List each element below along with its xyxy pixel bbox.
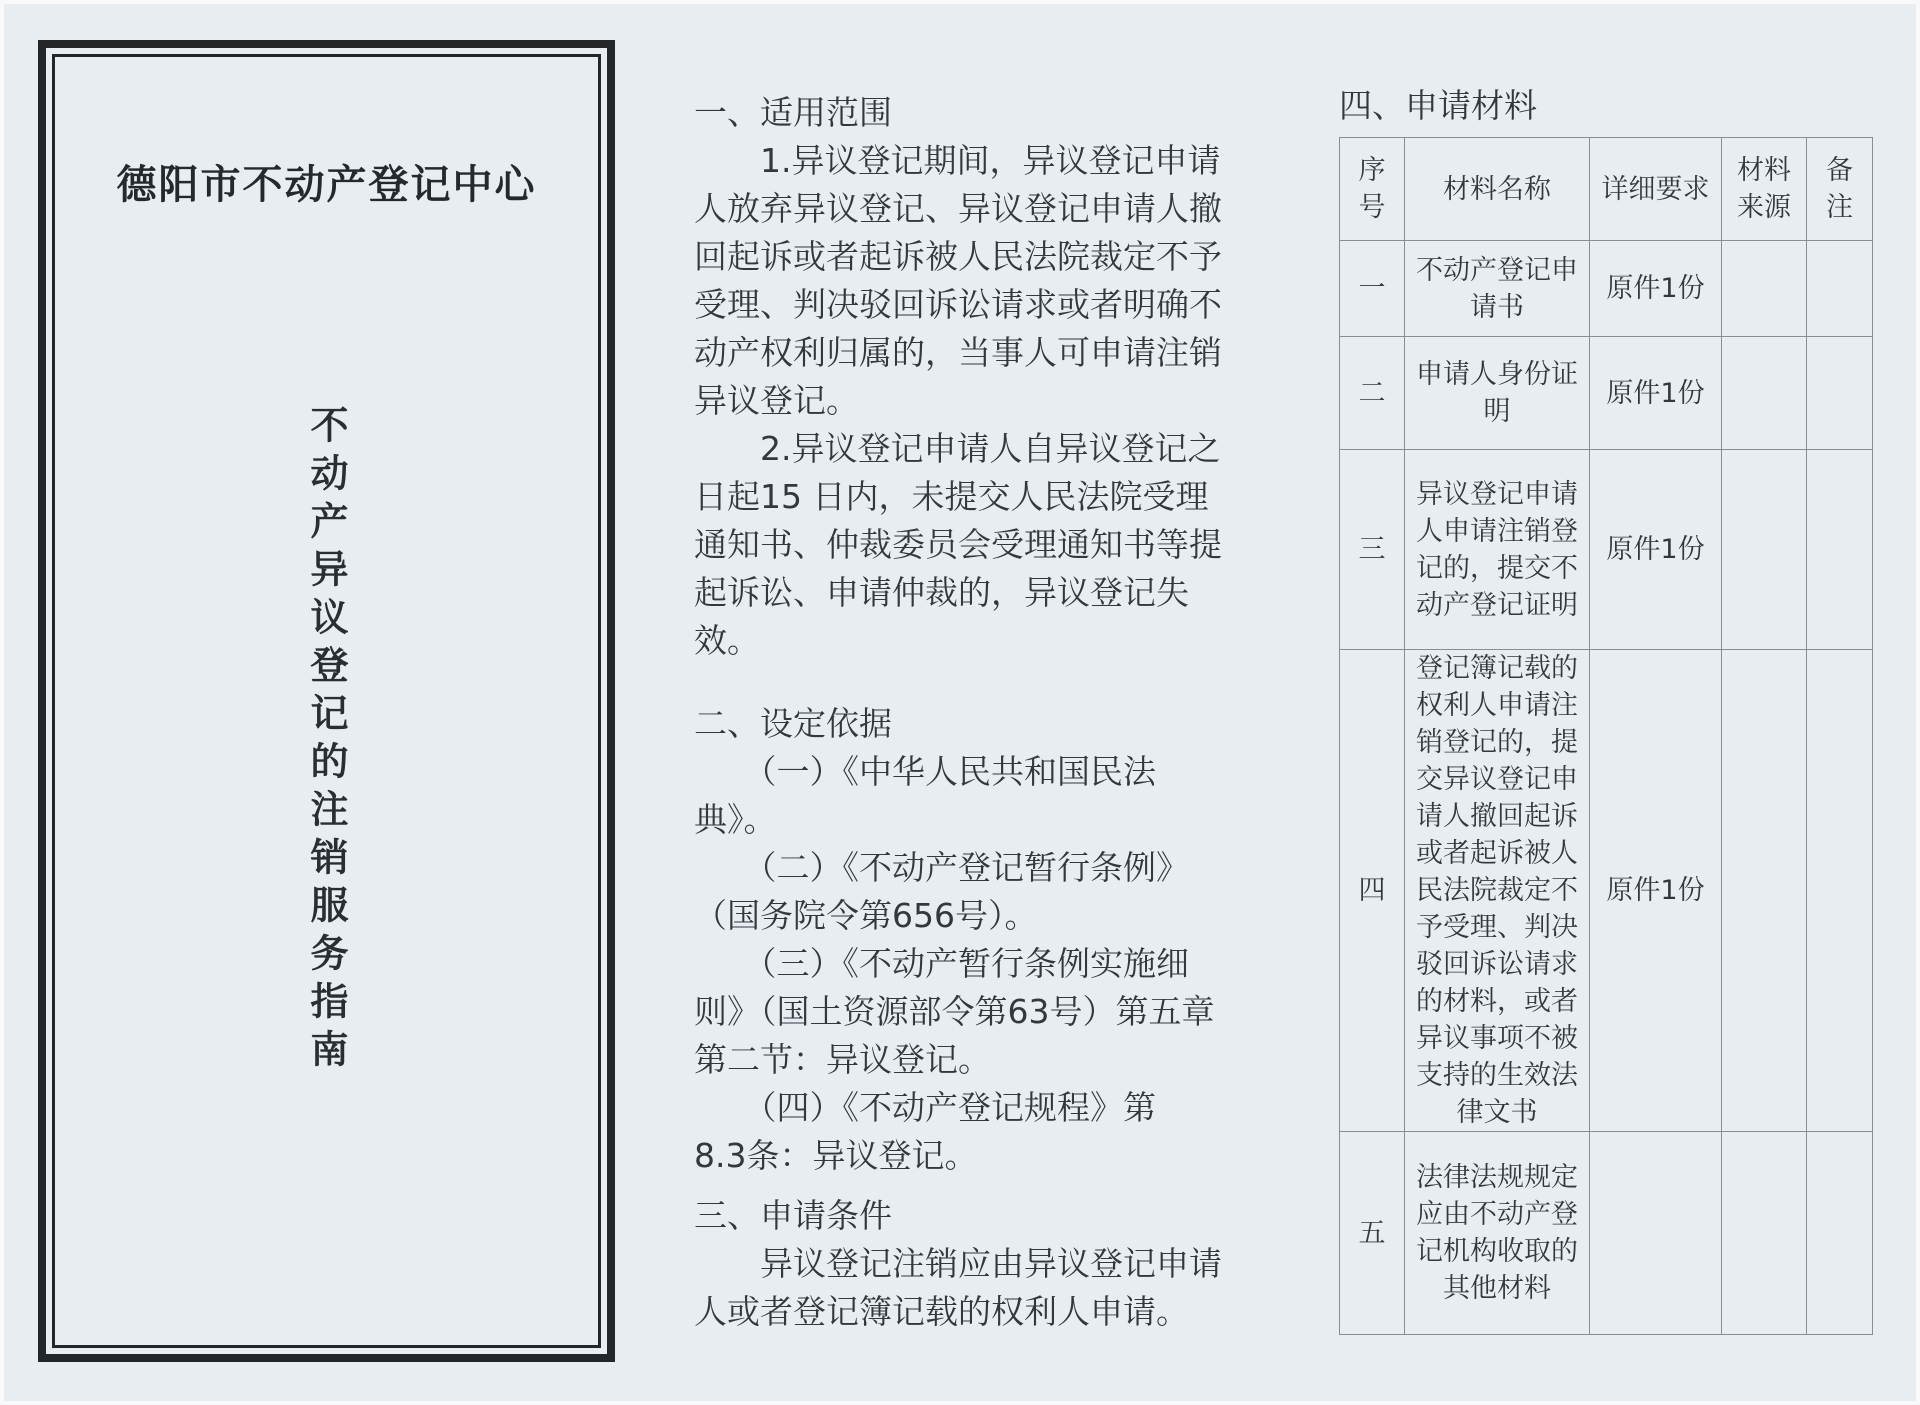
col-header-number: 序号 — [1340, 138, 1405, 241]
brochure-page: 德阳市不动产登记中心 不动产异议登记的注销服务指南 一、适用范围 1.异议登记期… — [0, 0, 1920, 1405]
cell-source — [1722, 241, 1807, 337]
table-header-row: 序号 材料名称 详细要求 材料来源 备注 — [1340, 138, 1873, 241]
section-heading: 一、适用范围 — [694, 89, 1242, 137]
cell-requirement: 原件1份 — [1590, 241, 1722, 337]
cell-note — [1807, 650, 1873, 1132]
cell-requirement: 原件1份 — [1590, 450, 1722, 650]
organization-title: 德阳市不动产登记中心 — [55, 163, 598, 207]
table-row: 三 异议登记申请人申请注销登记的，提交不动产登记证明 原件1份 — [1340, 450, 1873, 650]
materials-heading: 四、申请材料 — [1339, 86, 1872, 126]
cell-requirement — [1590, 1132, 1722, 1335]
col-header-name: 材料名称 — [1405, 138, 1590, 241]
cell-material-name: 不动产登记申请书 — [1405, 241, 1590, 337]
cell-number: 一 — [1340, 241, 1405, 337]
cell-source — [1722, 337, 1807, 450]
cell-note — [1807, 450, 1873, 650]
cell-source — [1722, 450, 1807, 650]
table-row: 四 登记簿记载的权利人申请注销登记的，提交异议登记申请人撤回起诉或者起诉被人民法… — [1340, 650, 1873, 1132]
section-legal-basis: 二、设定依据 （一）《中华人民共和国民法 典》。 （二）《不动产登记暂行条例》 … — [694, 700, 1242, 1180]
table-row: 二 申请人身份证明 原件1份 — [1340, 337, 1873, 450]
cell-note — [1807, 337, 1873, 450]
section-application-conditions: 三、申请条件 异议登记注销应由异议登记申请 人或者登记簿记载的权利人申请。 — [694, 1192, 1242, 1336]
col-header-source: 材料来源 — [1722, 138, 1807, 241]
section-heading: 二、设定依据 — [694, 700, 1242, 748]
table-row: 一 不动产登记申请书 原件1份 — [1340, 241, 1873, 337]
col-header-note: 备注 — [1807, 138, 1873, 241]
cover-inner-border: 德阳市不动产登记中心 不动产异议登记的注销服务指南 — [52, 54, 601, 1348]
paragraph: （一）《中华人民共和国民法 典》。 — [694, 748, 1242, 844]
paragraph: 异议登记注销应由异议登记申请 人或者登记簿记载的权利人申请。 — [694, 1240, 1242, 1336]
cover-panel: 德阳市不动产登记中心 不动产异议登记的注销服务指南 — [38, 40, 615, 1362]
col-header-requirement: 详细要求 — [1590, 138, 1722, 241]
cell-material-name: 登记簿记载的权利人申请注销登记的，提交异议登记申请人撤回起诉或者起诉被人民法院裁… — [1405, 650, 1590, 1132]
cell-material-name: 法律法规规定应由不动产登记机构收取的其他材料 — [1405, 1132, 1590, 1335]
cell-number: 三 — [1340, 450, 1405, 650]
paragraph: 2.异议登记申请人自异议登记之 日起15 日内，未提交人民法院受理 通知书、仲裁… — [694, 425, 1242, 665]
cell-requirement: 原件1份 — [1590, 337, 1722, 450]
paragraph: （二）《不动产登记暂行条例》 （国务院令第656号）。 — [694, 844, 1242, 940]
section-heading: 三、申请条件 — [694, 1192, 1242, 1240]
paragraph: 1.异议登记期间，异议登记申请 人放弃异议登记、异议登记申请人撤 回起诉或者起诉… — [694, 137, 1242, 425]
cell-number: 二 — [1340, 337, 1405, 450]
paragraph: （三）《不动产暂行条例实施细 则》（国土资源部令第63号）第五章 第二节：异议登… — [694, 940, 1242, 1084]
cell-note — [1807, 1132, 1873, 1335]
cell-source — [1722, 650, 1807, 1132]
brochure-vertical-title: 不动产异议登记的注销服务指南 — [299, 405, 354, 1077]
cell-note — [1807, 241, 1873, 337]
section-scope: 一、适用范围 1.异议登记期间，异议登记申请 人放弃异议登记、异议登记申请人撤 … — [694, 89, 1242, 665]
cell-number: 四 — [1340, 650, 1405, 1132]
paragraph: （四）《不动产登记规程》第 8.3条：异议登记。 — [694, 1084, 1242, 1180]
cell-material-name: 异议登记申请人申请注销登记的，提交不动产登记证明 — [1405, 450, 1590, 650]
content-column: 一、适用范围 1.异议登记期间，异议登记申请 人放弃异议登记、异议登记申请人撤 … — [694, 89, 1242, 1336]
materials-column: 四、申请材料 序号 材料名称 详细要求 材料来源 备注 — [1339, 86, 1872, 1335]
materials-table: 序号 材料名称 详细要求 材料来源 备注 一 不动产登记申请书 原件1份 二 — [1339, 137, 1873, 1335]
cell-requirement: 原件1份 — [1590, 650, 1722, 1132]
cell-source — [1722, 1132, 1807, 1335]
cell-material-name: 申请人身份证明 — [1405, 337, 1590, 450]
cell-number: 五 — [1340, 1132, 1405, 1335]
table-row: 五 法律法规规定应由不动产登记机构收取的其他材料 — [1340, 1132, 1873, 1335]
